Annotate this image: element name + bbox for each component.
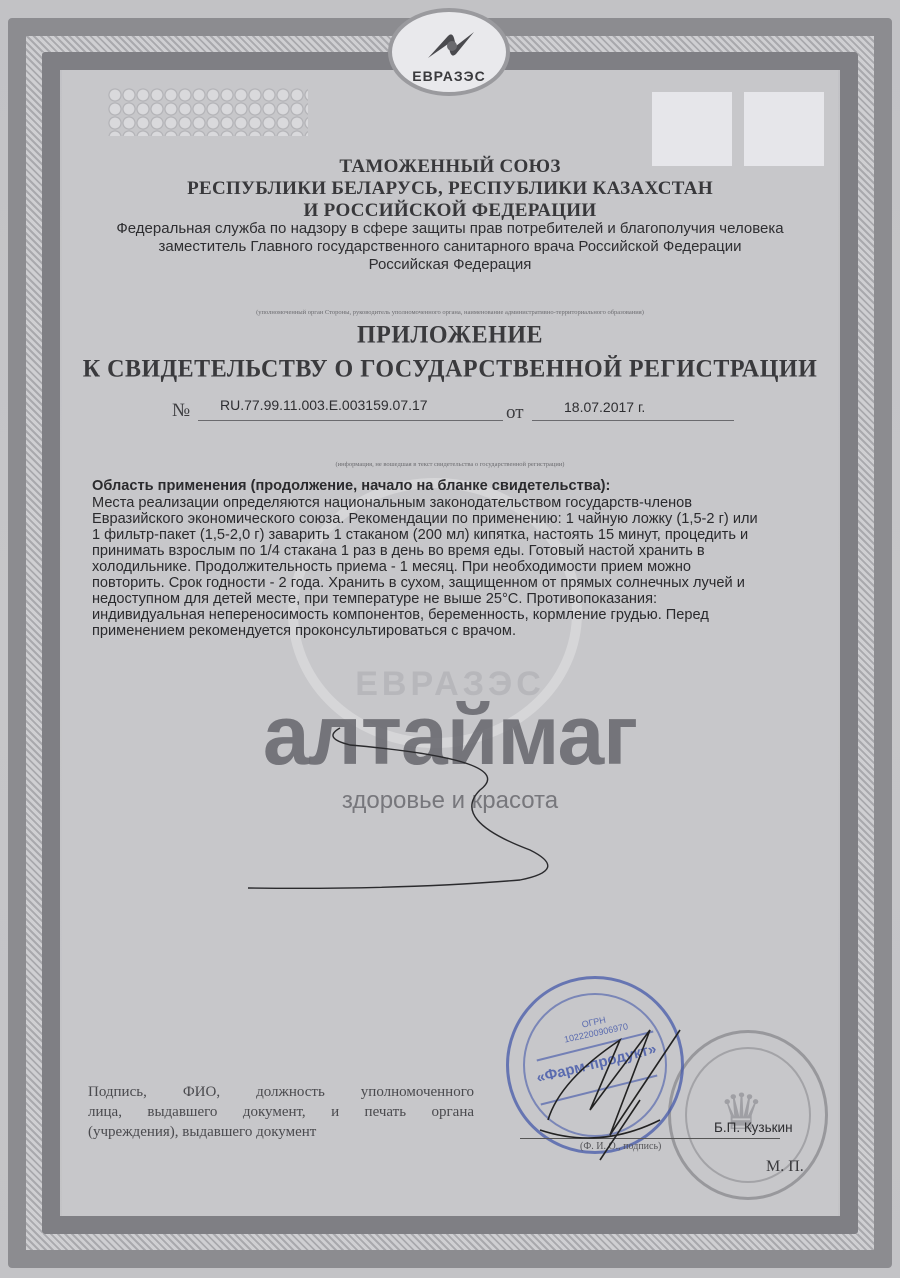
handwritten-signature [0,0,900,1278]
certificate-page: ЕВРАЗЭС ТАМОЖЕННЫЙ СОЮЗ РЕСПУБЛИКИ БЕЛАР… [0,0,900,1278]
